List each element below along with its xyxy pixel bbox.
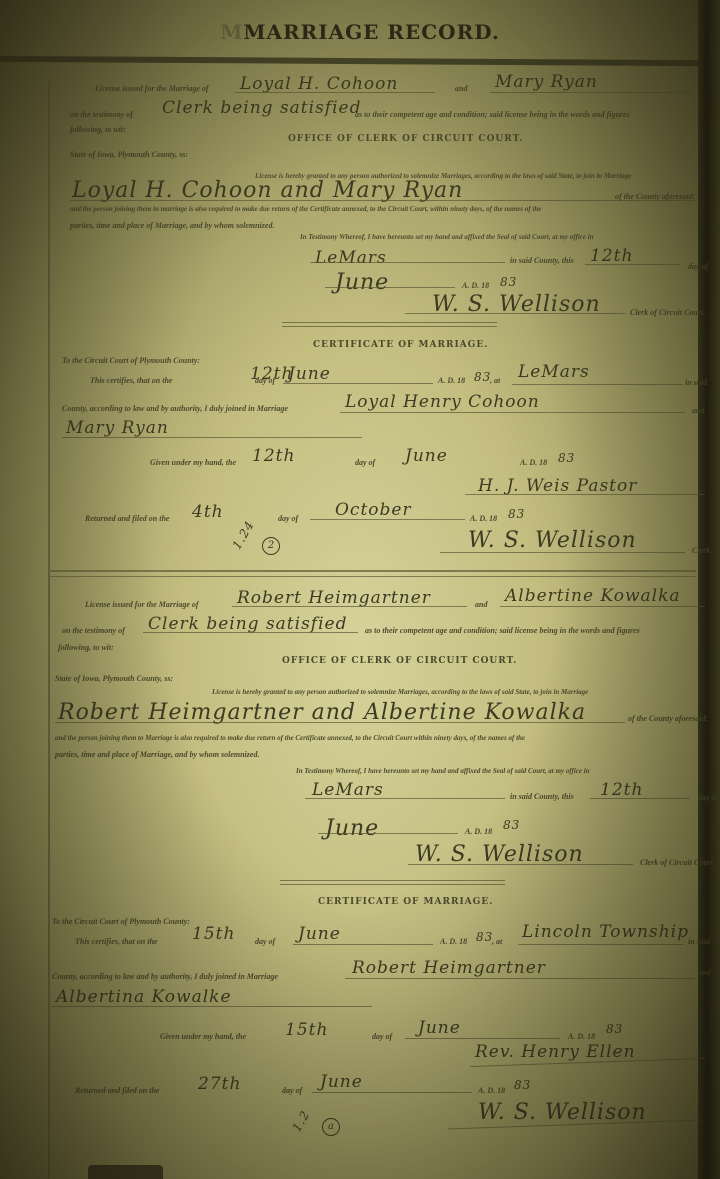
office-heading: OFFICE OF CLERK OF CIRCUIT COURT. [282, 656, 517, 666]
returned-label: Returned and filed on the [85, 514, 169, 523]
field-rule [405, 1038, 560, 1039]
book-binding [698, 0, 720, 1179]
field-rule [405, 313, 625, 314]
certifies-label: This certifies, that on the [90, 376, 172, 385]
groom-name: Loyal H. Cohoon [240, 74, 398, 94]
book-tab [88, 1165, 163, 1179]
cert-place: LeMars [518, 362, 590, 382]
license-label: License issued for the Marriage of [85, 600, 199, 609]
following-label: following, to wit: [58, 643, 114, 652]
circled-number: 2 [262, 537, 280, 555]
cert-bride: Mary Ryan [66, 418, 169, 438]
ad-label: A. D. 18 [520, 458, 547, 467]
office-heading: OFFICE OF CLERK OF CIRCUIT COURT. [288, 134, 523, 144]
testimony-value: Clerk being satisfied [148, 614, 347, 634]
day-of-label: day of [255, 376, 275, 385]
state-line: State of Iowa, Plymouth County, ss: [55, 674, 173, 683]
month: June [335, 270, 389, 295]
day-of-label: day of [278, 514, 298, 523]
county-tail: of the County aforesaid: [615, 192, 695, 201]
to-court: To the Circuit Court of Plymouth County: [52, 917, 190, 926]
year-suffix: 83 [503, 818, 520, 832]
field-rule [312, 1092, 472, 1093]
field-rule [500, 606, 705, 607]
returned-month: October [335, 500, 412, 520]
field-rule [70, 200, 695, 201]
field-rule [340, 412, 685, 413]
field-rule [283, 383, 433, 384]
and-label: and [455, 84, 467, 93]
place: LeMars [312, 780, 384, 800]
circled-letter: a [322, 1118, 340, 1136]
place: LeMars [315, 248, 387, 268]
clerk-label: Clerk of Circuit Court. [640, 858, 715, 867]
returned-day: 4th [192, 502, 224, 522]
given-label: Given under my hand, the [160, 1032, 246, 1041]
field-rule [143, 632, 358, 633]
clerk-label-2: Clerk. [692, 546, 712, 555]
cert-year-suffix: 83 [476, 930, 493, 944]
given-label: Given under my hand, the [150, 458, 236, 467]
day-of-label: day of [698, 793, 718, 802]
return-text-2: parties, time and place of Marriage, and… [70, 221, 274, 230]
at-label: , at [490, 376, 500, 385]
in-said: in said [688, 937, 710, 946]
day-of-label: day of [255, 937, 275, 946]
and-label: and [692, 406, 704, 415]
field-rule [305, 798, 505, 799]
field-rule [235, 92, 435, 93]
ad-label: A. D. 18 [438, 376, 465, 385]
clerk-label: Clerk of Circuit Court. [630, 308, 705, 317]
given-year: 83 [558, 451, 575, 465]
ad-label: A. D. 18 [440, 937, 467, 946]
day-of-label: day of [355, 458, 375, 467]
at-label: , at [492, 937, 502, 946]
testimony-label: on the testimony of [62, 626, 125, 635]
in-county-label: in said County, this [510, 792, 574, 801]
returned-year: 83 [508, 507, 525, 521]
and-label: and [475, 600, 487, 609]
field-rule [318, 833, 458, 834]
certifies-label: This certifies, that on the [75, 937, 157, 946]
cert-groom: Robert Heimgartner [352, 958, 546, 978]
joined-text: County, according to law and by authorit… [62, 404, 288, 413]
field-rule [408, 864, 633, 865]
given-day: 12th [252, 446, 295, 466]
grant-text: License is hereby granted to any person … [212, 688, 588, 696]
bride-name: Albertine Kowalka [505, 586, 681, 606]
returned-month: June [320, 1072, 363, 1092]
cert-day: 15th [192, 924, 235, 944]
field-rule [232, 606, 467, 607]
bride-name: Mary Ryan [495, 72, 598, 92]
cert-bride: Albertina Kowalke [56, 987, 232, 1007]
certificate-heading: CERTIFICATE OF MARRIAGE. [318, 897, 493, 907]
day-of-label: day of [688, 262, 708, 271]
cert-year-suffix: 83 [474, 370, 491, 384]
testimony-whereof: In Testimony Whereof, I have hereunto se… [296, 767, 590, 775]
county-tail: of the County aforesaid: [628, 714, 708, 723]
given-day: 15th [285, 1020, 328, 1040]
field-rule [52, 1006, 372, 1007]
field-rule [310, 262, 505, 263]
field-rule [440, 552, 685, 553]
record-separator [50, 570, 696, 577]
divider [280, 880, 505, 885]
month: June [325, 816, 379, 841]
clerk-signature-2: W. S. Wellison [478, 1100, 647, 1125]
day: 12th [590, 246, 633, 266]
testimony-label: on the testimony of [70, 110, 133, 119]
given-year: 83 [606, 1022, 623, 1036]
field-rule [293, 944, 433, 945]
left-margin-line [48, 80, 50, 1179]
field-rule [585, 264, 680, 265]
day-of-label: day of [282, 1086, 302, 1095]
cert-month: June [298, 924, 341, 944]
ad-label: A. D. 18 [470, 514, 497, 523]
field-rule [62, 437, 362, 438]
ad-label: A. D. 18 [462, 281, 489, 290]
in-said: in said [685, 378, 707, 387]
certificate-heading: CERTIFICATE OF MARRIAGE. [313, 340, 488, 350]
cert-month: June [288, 364, 331, 384]
given-month: June [405, 446, 448, 466]
page-title: MMARRIAGE RECORD. [0, 20, 720, 44]
divider [282, 322, 497, 327]
license-label: License issued for the Marriage of [95, 84, 209, 93]
testimony-value: Clerk being satisfied [162, 98, 361, 118]
field-rule [310, 519, 465, 520]
field-rule [518, 944, 683, 945]
clerk-signature-2: W. S. Wellison [468, 528, 637, 553]
returned-day: 27th [198, 1074, 241, 1094]
day: 12th [600, 780, 643, 800]
officiant-signature: H. J. Weis Pastor [478, 476, 637, 496]
to-court: To the Circuit Court of Plymouth County: [62, 356, 200, 365]
day-of-label: day of [372, 1032, 392, 1041]
field-rule [490, 92, 690, 93]
state-line: State of Iowa, Plymouth County, ss: [70, 150, 188, 159]
return-text: and the person joining them in marriage … [70, 205, 541, 213]
field-rule [465, 494, 705, 495]
cert-place: Lincoln Township [522, 922, 689, 942]
ad-label: A. D. 18 [568, 1032, 595, 1041]
testimony-whereof: In Testimony Whereof, I have hereunto se… [300, 233, 594, 241]
testimony-tail: as to their competent age and condition;… [365, 626, 640, 635]
ad-label: A. D. 18 [465, 827, 492, 836]
returned-year: 83 [514, 1078, 531, 1092]
title-prefix: M [220, 20, 243, 44]
given-month: June [418, 1018, 461, 1038]
returned-label: Returned and filed on the [75, 1086, 159, 1095]
field-rule [55, 722, 625, 723]
testimony-tail: as to their competent age and condition;… [355, 110, 630, 119]
joined-text: County, according to law and by authorit… [52, 972, 278, 981]
field-rule [512, 384, 682, 385]
year-suffix: 83 [500, 275, 517, 289]
following-label: following, to wit: [70, 125, 126, 134]
ad-label: A. D. 18 [478, 1086, 505, 1095]
and-label: and [698, 968, 710, 977]
groom-name: Robert Heimgartner [237, 588, 431, 608]
field-rule [590, 798, 690, 799]
field-rule [345, 978, 695, 979]
cert-groom: Loyal Henry Cohoon [345, 392, 540, 412]
return-text-2: parties, time and place of Marriage, and… [55, 750, 259, 759]
field-rule [325, 287, 455, 288]
in-county-label: in said County, this [510, 256, 574, 265]
officiant-signature: Rev. Henry Ellen [475, 1042, 636, 1062]
return-text: and the person joining them to Marriage … [55, 734, 525, 742]
